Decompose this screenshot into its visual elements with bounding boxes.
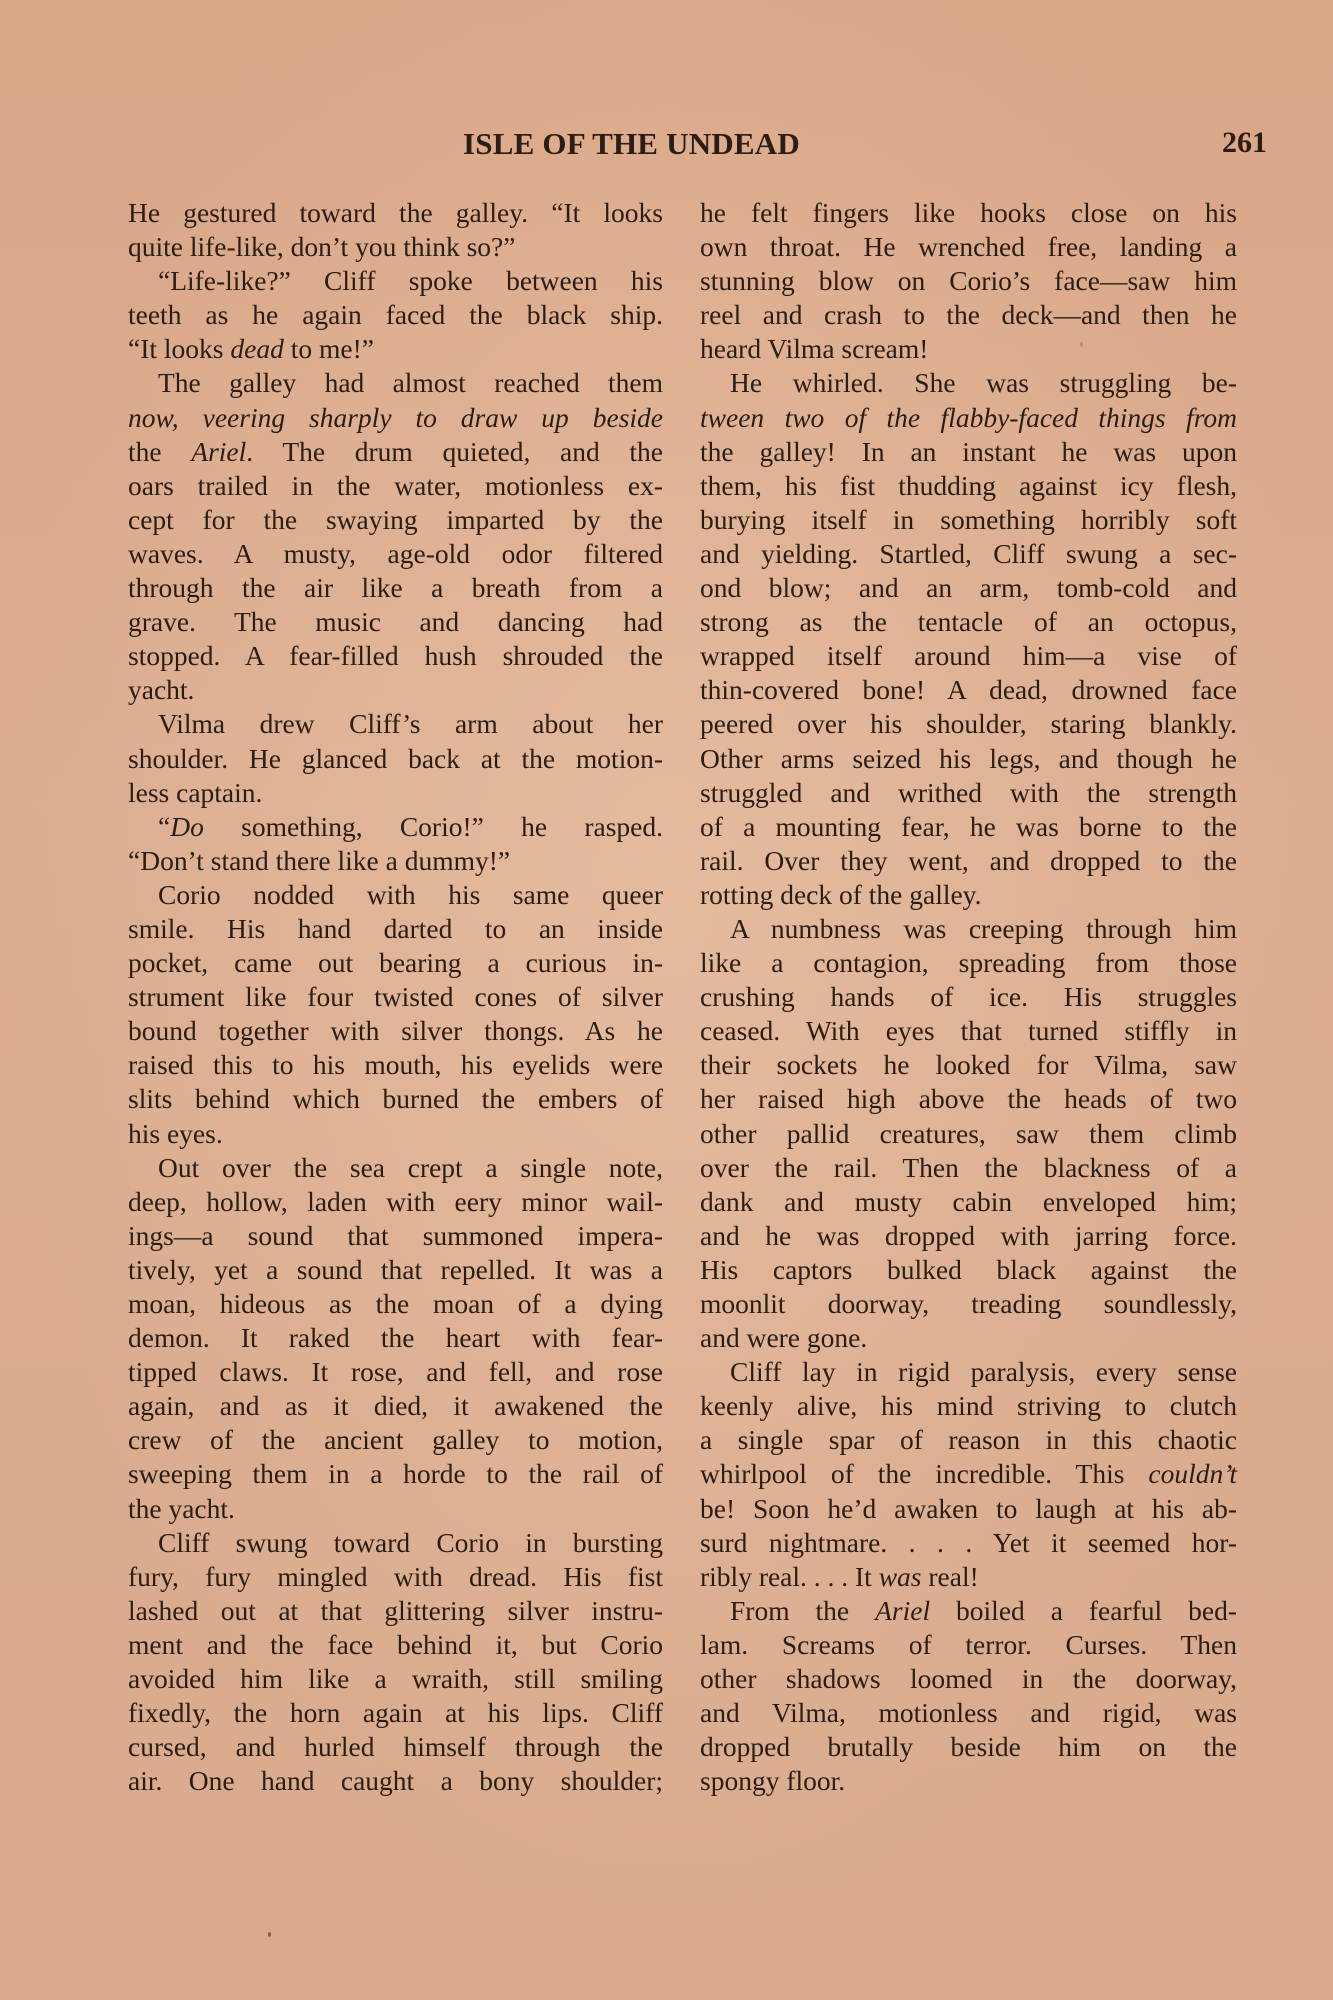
text-line: of a mounting fear, he was borne to the (700, 810, 1237, 844)
text-run: reel and crash to the deck—and then he (700, 299, 1237, 330)
text-line: slits behind which burned the embers of (128, 1082, 663, 1116)
text-run: strument like four twisted cones of silv… (128, 981, 663, 1012)
text-line: A numbness was creeping through him (700, 912, 1237, 946)
text-run: cept for the swaying imparted by the (128, 504, 663, 535)
text-run: of a mounting fear, he was borne to the (700, 811, 1237, 842)
text-line: ceased. With eyes that turned stiffly in (700, 1014, 1237, 1048)
text-run: real! (922, 1561, 979, 1592)
text-line: wrapped itself around him—a vise of (700, 639, 1237, 673)
text-run: thin-covered bone! A dead, drowned face (700, 674, 1237, 705)
text-line: and Vilma, motionless and rigid, was (700, 1696, 1237, 1730)
text-line: rail. Over they went, and dropped to the (700, 844, 1237, 878)
text-run: dropped brutally beside him on the (700, 1731, 1237, 1762)
text-line: grave. The music and dancing had (128, 605, 663, 639)
text-line: them, his fist thudding against icy fles… (700, 469, 1237, 503)
text-line: From the Ariel boiled a fearful bed- (700, 1594, 1237, 1628)
italic-text: was (879, 1561, 922, 1592)
text-run: the (128, 436, 191, 467)
text-run: moonlit doorway, treading soundlessly, (700, 1288, 1237, 1319)
text-run: bound together with silver thongs. As he (128, 1015, 663, 1046)
text-run: pocket, came out bearing a curious in- (128, 947, 663, 978)
text-line: heard Vilma scream! (700, 332, 1237, 366)
text-line: other pallid creatures, saw them climb (700, 1117, 1237, 1151)
text-line: “Do something, Corio!” he rasped. (128, 810, 663, 844)
text-line: stopped. A fear-filled hush shrouded the (128, 639, 663, 673)
text-run: ribly real. . . . It (700, 1561, 879, 1592)
text-run: and were gone. (700, 1322, 867, 1353)
text-run: be! Soon he’d awaken to laugh at his ab- (700, 1493, 1237, 1524)
text-line: His captors bulked black against the (700, 1253, 1237, 1287)
text-line: ment and the face behind it, but Corio (128, 1628, 663, 1662)
page-number: 261 (1222, 126, 1267, 160)
text-line: Vilma drew Cliff’s arm about her (128, 707, 663, 741)
text-run: avoided him like a wraith, still smiling (128, 1663, 663, 1694)
text-run: something, Corio!” he rasped. (204, 811, 663, 842)
text-run: the galley! In an instant he was upon (700, 436, 1237, 467)
text-run: like a contagion, spreading from those (700, 947, 1237, 978)
text-run: Out over the sea crept a single note, (158, 1152, 663, 1183)
text-line: tipped claws. It rose, and fell, and ros… (128, 1355, 663, 1389)
text-line: the Ariel. The drum quieted, and the (128, 435, 663, 469)
text-line: deep, hollow, laden with eery minor wail… (128, 1185, 663, 1219)
text-run: a single spar of reason in this chaotic (700, 1424, 1237, 1455)
text-run: her raised high above the heads of two (700, 1083, 1237, 1114)
text-line: thin-covered bone! A dead, drowned face (700, 673, 1237, 707)
text-line: “Life-like?” Cliff spoke between his (128, 264, 663, 298)
text-run: heard Vilma scream! (700, 333, 928, 364)
text-line: lashed out at that glittering silver ins… (128, 1594, 663, 1628)
paper-speck (1080, 342, 1083, 347)
text-run: air. One hand caught a bony shoulder; (128, 1765, 663, 1796)
text-line: burying itself in something horribly sof… (700, 503, 1237, 537)
text-run: keenly alive, his mind striving to clutc… (700, 1390, 1237, 1421)
text-run: lashed out at that glittering silver ins… (128, 1595, 663, 1626)
text-line: ribly real. . . . It was real! (700, 1560, 1237, 1594)
text-run: Other arms seized his legs, and though h… (700, 743, 1237, 774)
text-line: the galley! In an instant he was upon (700, 435, 1237, 469)
text-run: ceased. With eyes that turned stiffly in (700, 1015, 1237, 1046)
text-line: fury, fury mingled with dread. His fist (128, 1560, 663, 1594)
text-run: He whirled. She was struggling be- (730, 367, 1237, 398)
text-run: . The drum quieted, and the (246, 436, 663, 467)
text-run: shoulder. He glanced back at the motion- (128, 743, 663, 774)
text-run: their sockets he looked for Vilma, saw (700, 1049, 1237, 1080)
text-line: keenly alive, his mind striving to clutc… (700, 1389, 1237, 1423)
text-run: “Life-like?” Cliff spoke between his (158, 265, 663, 296)
text-line: over the rail. Then the blackness of a (700, 1151, 1237, 1185)
text-run: oars trailed in the water, motionless ex… (128, 470, 663, 501)
text-line: The galley had almost reached them (128, 366, 663, 400)
text-run: raised this to his mouth, his eyelids we… (128, 1049, 663, 1080)
text-line: the yacht. (128, 1492, 663, 1526)
text-run: yacht. (128, 674, 194, 705)
text-line: crew of the ancient galley to motion, (128, 1423, 663, 1457)
text-run: quite life-like, don’t you think so?” (128, 231, 515, 262)
text-line: her raised high above the heads of two (700, 1082, 1237, 1116)
text-run: smile. His hand darted to an inside (128, 913, 663, 944)
text-line: bound together with silver thongs. As he (128, 1014, 663, 1048)
text-column-right: he felt fingers like hooks close on hiso… (700, 196, 1237, 1798)
italic-text: couldn’t (1148, 1458, 1237, 1489)
text-line: demon. It raked the heart with fear- (128, 1321, 663, 1355)
text-line: he felt fingers like hooks close on his (700, 196, 1237, 230)
text-run: Vilma drew Cliff’s arm about her (158, 708, 663, 739)
text-run: cursed, and hurled himself through the (128, 1731, 663, 1762)
text-run: crushing hands of ice. His struggles (700, 981, 1237, 1012)
text-run: he felt fingers like hooks close on his (700, 197, 1237, 228)
text-run: surd nightmare. . . . Yet it seemed hor- (700, 1527, 1237, 1558)
text-line: strong as the tentacle of an octopus, (700, 605, 1237, 639)
text-line: and yielding. Startled, Cliff swung a se… (700, 537, 1237, 571)
text-run: “Don’t stand there like a dummy!” (128, 845, 510, 876)
text-run: The galley had almost reached them (158, 367, 663, 398)
text-run: Corio nodded with his same queer (158, 879, 663, 910)
text-run: Cliff swung toward Corio in bursting (158, 1527, 663, 1558)
text-run: other pallid creatures, saw them climb (700, 1118, 1237, 1149)
text-run: less captain. (128, 777, 262, 808)
text-line: be! Soon he’d awaken to laugh at his ab- (700, 1492, 1237, 1526)
text-run: demon. It raked the heart with fear- (128, 1322, 663, 1353)
text-line: fixedly, the horn again at his lips. Cli… (128, 1696, 663, 1730)
text-run: wrapped itself around him—a vise of (700, 640, 1237, 671)
text-line: stunning blow on Corio’s face—saw him (700, 264, 1237, 298)
text-line: now, veering sharply to draw up beside (128, 401, 663, 435)
text-run: sweeping them in a horde to the rail of (128, 1458, 663, 1489)
text-run: deep, hollow, laden with eery minor wail… (128, 1186, 663, 1217)
text-run: “ (158, 811, 170, 842)
text-run: his eyes. (128, 1118, 223, 1149)
text-line: avoided him like a wraith, still smiling (128, 1662, 663, 1696)
text-run: stopped. A fear-filled hush shrouded the (128, 640, 663, 671)
text-line: raised this to his mouth, his eyelids we… (128, 1048, 663, 1082)
text-line: pocket, came out bearing a curious in- (128, 946, 663, 980)
text-run: crew of the ancient galley to motion, (128, 1424, 663, 1455)
text-run: them, his fist thudding against icy fles… (700, 470, 1237, 501)
text-line: and he was dropped with jarring force. (700, 1219, 1237, 1253)
text-line: like a contagion, spreading from those (700, 946, 1237, 980)
text-run: to me!” (284, 333, 374, 364)
text-line: moan, hideous as the moan of a dying (128, 1287, 663, 1321)
text-run: rail. Over they went, and dropped to the (700, 845, 1237, 876)
text-line: Cliff lay in rigid paralysis, every sens… (700, 1355, 1237, 1389)
text-run: strong as the tentacle of an octopus, (700, 606, 1237, 637)
text-line: Other arms seized his legs, and though h… (700, 742, 1237, 776)
text-run: ond blow; and an arm, tomb-cold and (700, 572, 1237, 603)
text-run: slits behind which burned the embers of (128, 1083, 663, 1114)
text-run: over the rail. Then the blackness of a (700, 1152, 1237, 1183)
text-run: rotting deck of the galley. (700, 879, 982, 910)
text-line: smile. His hand darted to an inside (128, 912, 663, 946)
italic-text: tween two of the flabby-faced things fro… (700, 402, 1237, 433)
text-run: A numbness was creeping through him (730, 913, 1237, 944)
text-run: through the air like a breath from a (128, 572, 663, 603)
text-run: spongy floor. (700, 1765, 845, 1796)
text-line: cept for the swaying imparted by the (128, 503, 663, 537)
text-line: again, and as it died, it awakened the (128, 1389, 663, 1423)
text-run: whirlpool of the incredible. This (700, 1458, 1148, 1489)
text-line: peered over his shoulder, staring blankl… (700, 707, 1237, 741)
text-line: ings—a sound that summoned impera- (128, 1219, 663, 1253)
text-line: waves. A musty, age-old odor filtered (128, 537, 663, 571)
text-run: waves. A musty, age-old odor filtered (128, 538, 663, 569)
italic-text: dead (230, 333, 283, 364)
text-line: lam. Screams of terror. Curses. Then (700, 1628, 1237, 1662)
text-run: the yacht. (128, 1493, 235, 1524)
text-run: and he was dropped with jarring force. (700, 1220, 1237, 1251)
text-run: again, and as it died, it awakened the (128, 1390, 663, 1421)
running-head: ISLE OF THE UNDEAD 261 (0, 126, 1333, 166)
italic-text: Do (170, 811, 204, 842)
text-run: dank and musty cabin enveloped him; (700, 1186, 1237, 1217)
text-line: own throat. He wrenched free, landing a (700, 230, 1237, 264)
text-line: ond blow; and an arm, tomb-cold and (700, 571, 1237, 605)
text-line: tween two of the flabby-faced things fro… (700, 401, 1237, 435)
text-run: ings—a sound that summoned impera- (128, 1220, 663, 1251)
text-line: tively, yet a sound that repelled. It wa… (128, 1253, 663, 1287)
text-run: He gestured toward the galley. “It looks (128, 197, 663, 228)
text-column-left: He gestured toward the galley. “It looks… (128, 196, 663, 1798)
text-line: Corio nodded with his same queer (128, 878, 663, 912)
text-run: and yielding. Startled, Cliff swung a se… (700, 538, 1237, 569)
text-line: dank and musty cabin enveloped him; (700, 1185, 1237, 1219)
text-line: whirlpool of the incredible. This couldn… (700, 1457, 1237, 1491)
text-run: fixedly, the horn again at his lips. Cli… (128, 1697, 663, 1728)
text-run: “It looks (128, 333, 230, 364)
text-line: strument like four twisted cones of silv… (128, 980, 663, 1014)
text-run: struggled and writhed with the strength (700, 777, 1237, 808)
text-line: less captain. (128, 776, 663, 810)
text-run: fury, fury mingled with dread. His fist (128, 1561, 663, 1592)
text-run: tively, yet a sound that repelled. It wa… (128, 1254, 663, 1285)
text-line: Cliff swung toward Corio in bursting (128, 1526, 663, 1560)
text-run: burying itself in something horribly sof… (700, 504, 1237, 535)
text-line: their sockets he looked for Vilma, saw (700, 1048, 1237, 1082)
text-run: lam. Screams of terror. Curses. Then (700, 1629, 1237, 1660)
text-line: struggled and writhed with the strength (700, 776, 1237, 810)
text-line: through the air like a breath from a (128, 571, 663, 605)
text-line: spongy floor. (700, 1764, 1237, 1798)
text-line: and were gone. (700, 1321, 1237, 1355)
text-line: “It looks dead to me!” (128, 332, 663, 366)
text-run: moan, hideous as the moan of a dying (128, 1288, 663, 1319)
text-line: “Don’t stand there like a dummy!” (128, 844, 663, 878)
running-head-title: ISLE OF THE UNDEAD (463, 126, 800, 162)
text-line: sweeping them in a horde to the rail of (128, 1457, 663, 1491)
text-run: grave. The music and dancing had (128, 606, 663, 637)
italic-text: Ariel (875, 1595, 930, 1626)
text-line: rotting deck of the galley. (700, 878, 1237, 912)
text-line: cursed, and hurled himself through the (128, 1730, 663, 1764)
text-run: tipped claws. It rose, and fell, and ros… (128, 1356, 663, 1387)
text-run: other shadows loomed in the doorway, (700, 1663, 1237, 1694)
text-line: his eyes. (128, 1117, 663, 1151)
text-line: oars trailed in the water, motionless ex… (128, 469, 663, 503)
text-line: a single spar of reason in this chaotic (700, 1423, 1237, 1457)
text-line: He whirled. She was struggling be- (700, 366, 1237, 400)
text-line: surd nightmare. . . . Yet it seemed hor- (700, 1526, 1237, 1560)
italic-text: now, veering sharply to draw up beside (128, 402, 663, 433)
book-page: ISLE OF THE UNDEAD 261 He gestured towar… (0, 0, 1333, 2000)
text-run: stunning blow on Corio’s face—saw him (700, 265, 1237, 296)
text-line: quite life-like, don’t you think so?” (128, 230, 663, 264)
paper-speck (268, 1932, 271, 1937)
text-run: Cliff lay in rigid paralysis, every sens… (730, 1356, 1237, 1387)
text-run: From the (730, 1595, 875, 1626)
text-line: other shadows loomed in the doorway, (700, 1662, 1237, 1696)
italic-text: Ariel (191, 436, 246, 467)
text-run: boiled a fearful bed- (930, 1595, 1237, 1626)
text-line: reel and crash to the deck—and then he (700, 298, 1237, 332)
text-line: Out over the sea crept a single note, (128, 1151, 663, 1185)
text-line: crushing hands of ice. His struggles (700, 980, 1237, 1014)
text-line: He gestured toward the galley. “It looks (128, 196, 663, 230)
text-run: own throat. He wrenched free, landing a (700, 231, 1237, 262)
text-run: and Vilma, motionless and rigid, was (700, 1697, 1237, 1728)
text-run: His captors bulked black against the (700, 1254, 1237, 1285)
text-line: teeth as he again faced the black ship. (128, 298, 663, 332)
text-line: dropped brutally beside him on the (700, 1730, 1237, 1764)
text-run: ment and the face behind it, but Corio (128, 1629, 663, 1660)
text-line: yacht. (128, 673, 663, 707)
text-line: air. One hand caught a bony shoulder; (128, 1764, 663, 1798)
text-line: moonlit doorway, treading soundlessly, (700, 1287, 1237, 1321)
text-run: teeth as he again faced the black ship. (128, 299, 663, 330)
text-run: peered over his shoulder, staring blankl… (700, 708, 1237, 739)
text-line: shoulder. He glanced back at the motion- (128, 742, 663, 776)
